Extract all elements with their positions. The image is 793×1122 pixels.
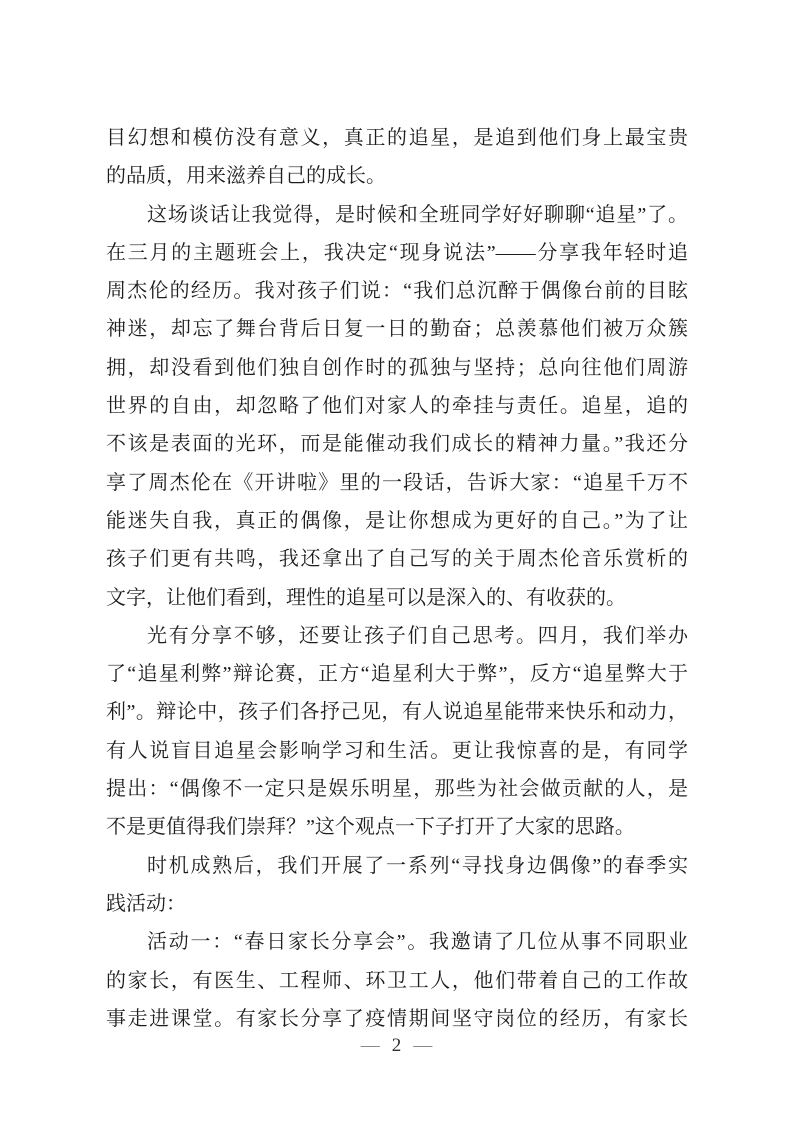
text-line: 享了周杰伦在《开讲啦》里的一段话，告诉大家：“追星千万不 xyxy=(106,464,688,502)
text-line: 世界的自由，却忽略了他们对家人的牵挂与责任。追星，追的 xyxy=(106,387,688,425)
text-line: 目幻想和模仿没有意义，真正的追星，是追到他们身上最宝贵 xyxy=(106,119,688,157)
text-line: 的品质，用来滋养自己的成长。 xyxy=(106,157,688,195)
text-line: 有人说盲目追星会影响学习和生活。更让我惊喜的是，有同学 xyxy=(106,732,688,770)
text-line: 提出：“偶像不一定只是娱乐明星，那些为社会做贡献的人，是 xyxy=(106,770,688,808)
text-line: 能迷失自我，真正的偶像，是让你想成为更好的自己。”为了让 xyxy=(106,502,688,540)
text-line: 在三月的主题班会上，我决定“现身说法”——分享我年轻时追 xyxy=(106,234,688,272)
text-line: 践活动： xyxy=(106,885,688,923)
text-line: 活动一：“春日家长分享会”。我邀请了几位从事不同职业 xyxy=(106,923,688,961)
text-line: 了“追星利弊”辩论赛，正方“追星利大于弊”，反方“追星弊大于 xyxy=(106,655,688,693)
text-line: 时机成熟后，我们开展了一系列“寻找身边偶像”的春季实 xyxy=(106,847,688,885)
text-line: 周杰伦的经历。我对孩子们说：“我们总沉醉于偶像台前的目眩 xyxy=(106,272,688,310)
text-line: 孩子们更有共鸣，我还拿出了自己写的关于周杰伦音乐赏析的 xyxy=(106,540,688,578)
text-line: 不该是表面的光环，而是能催动我们成长的精神力量。”我还分 xyxy=(106,425,688,463)
text-line: 的家长，有医生、工程师、环卫工人，他们带着自己的工作故 xyxy=(106,962,688,1000)
footer-dash-left: — xyxy=(361,1035,380,1056)
document-body: 目幻想和模仿没有意义，真正的追星，是追到他们身上最宝贵 的品质，用来滋养自己的成… xyxy=(106,119,688,1038)
text-line: 神迷，却忘了舞台背后日复一日的勤奋；总羡慕他们被万众簇 xyxy=(106,310,688,348)
text-line: 拥，却没看到他们独自创作时的孤独与坚持；总向往他们周游 xyxy=(106,349,688,387)
page-number: 2 xyxy=(392,1035,402,1056)
text-line: 不是更值得我们崇拜？”这个观点一下子打开了大家的思路。 xyxy=(106,808,688,846)
document-page: 目幻想和模仿没有意义，真正的追星，是追到他们身上最宝贵 的品质，用来滋养自己的成… xyxy=(0,0,793,1122)
text-line: 事走进课堂。有家长分享了疫情期间坚守岗位的经历，有家长 xyxy=(106,1000,688,1038)
text-line: 利”。辩论中，孩子们各抒己见，有人说追星能带来快乐和动力， xyxy=(106,693,688,731)
footer-dash-right: — xyxy=(413,1035,432,1056)
text-line: 光有分享不够，还要让孩子们自己思考。四月，我们举办 xyxy=(106,617,688,655)
text-line: 文字，让他们看到，理性的追星可以是深入的、有收获的。 xyxy=(106,579,688,617)
page-footer: —2— xyxy=(0,1034,793,1058)
text-line: 这场谈话让我觉得，是时候和全班同学好好聊聊“追星”了。 xyxy=(106,196,688,234)
